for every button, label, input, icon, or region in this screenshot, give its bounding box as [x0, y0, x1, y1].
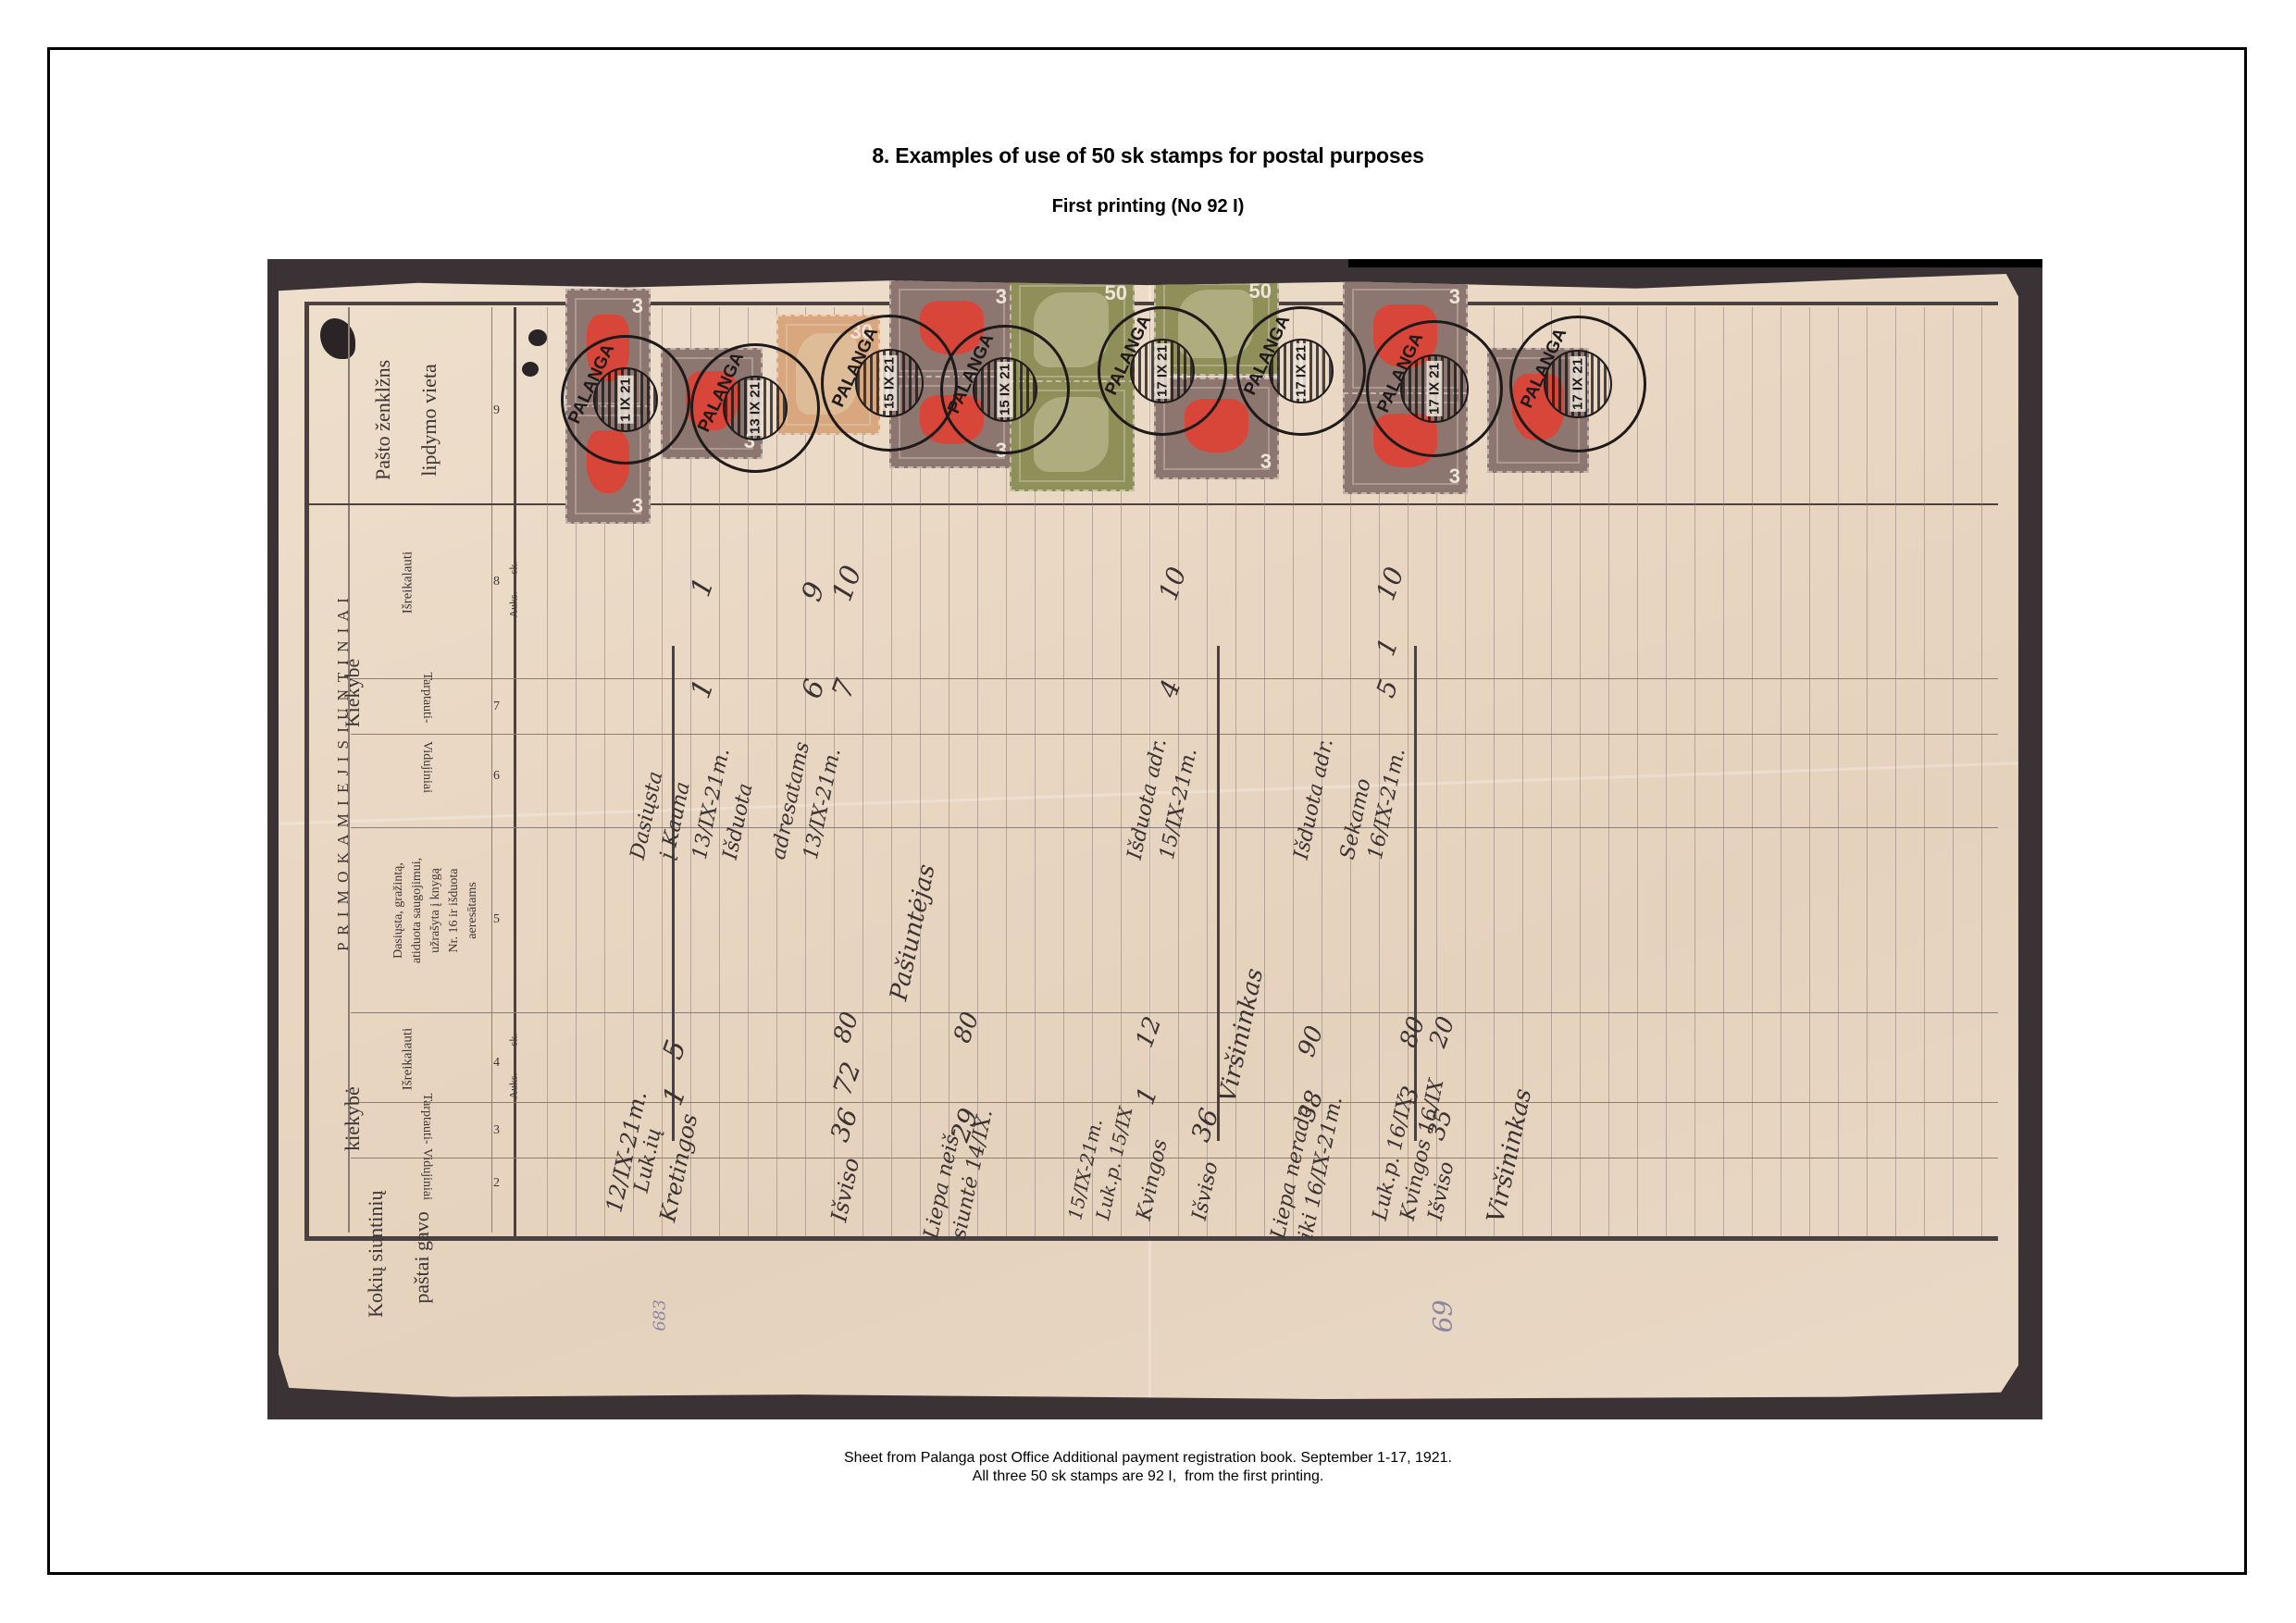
handwritten-entry: Išduota adr.	[1290, 737, 1338, 861]
col8-number: 8	[493, 575, 500, 589]
postmark-palanga: PALANGA17 IX 21	[1366, 320, 1503, 457]
handwritten-number: 90	[1293, 1022, 1330, 1060]
paper-sheet: P R I M O K A M I E J I S I U N T I N I …	[279, 274, 2018, 1399]
column-divider	[351, 734, 1998, 735]
ledger-row-line	[1293, 307, 1294, 1236]
col5-label-1: Dasiųsta, gražintą,	[391, 850, 406, 971]
margin-note: 69	[1427, 1300, 1458, 1333]
col4-sk: sk.	[506, 1034, 520, 1047]
ledger-row-line	[1895, 307, 1896, 1236]
ledger-row-line	[1981, 307, 1982, 1236]
col1-label-1: Kokių siuntinių	[364, 1197, 388, 1318]
handwritten-number: 36	[824, 1104, 863, 1146]
handwritten-number: 1	[1129, 1083, 1163, 1109]
postmark-palanga: PALANGA17 IX 21	[1236, 306, 1366, 436]
column-divider	[309, 503, 1998, 505]
ledger-row-line	[1838, 307, 1839, 1236]
total-rule	[672, 646, 675, 1141]
handwritten-signature: Pašiuntėjas	[885, 861, 940, 1003]
ledger-row-line	[1694, 307, 1695, 1236]
total-rule	[1414, 646, 1417, 1141]
total-rule	[1217, 646, 1220, 1141]
col5-label-5: aeresātams	[465, 850, 480, 971]
col9-label-1: Pašto ženklžns	[371, 360, 395, 480]
table-border-left	[304, 302, 309, 1241]
group-label-right: Kiekybė	[341, 651, 365, 735]
registration-sheet-scan: P R I M O K A M I E J I S I U N T I N I …	[267, 259, 2042, 1419]
column-divider	[351, 1012, 1998, 1013]
page-subtitle: First printing (No 92 I)	[0, 196, 2296, 217]
col5-label-3: užrašyta į knygą	[428, 850, 443, 971]
table-border-top	[304, 302, 1998, 305]
col3-number: 3	[493, 1123, 500, 1138]
postmark-palanga: PALANGA17 IX 21	[1098, 306, 1227, 436]
col5-number: 5	[493, 912, 500, 927]
handwritten-number: 20	[1424, 1013, 1461, 1051]
col4-label: Išreikalauti	[401, 1009, 416, 1110]
margin-note: 683	[651, 1299, 670, 1331]
scan-edge-band	[1348, 259, 2042, 267]
col9-number: 9	[493, 403, 500, 418]
handwritten-number: 10	[1152, 563, 1192, 604]
number-row-rule	[491, 307, 492, 1233]
handwritten-entry: Kvingos	[1133, 1137, 1173, 1222]
page-title: 8. Examples of use of 50 sk stamps for p…	[0, 143, 2296, 168]
col8-label: Išreikalauti	[401, 532, 416, 634]
paper-hole	[522, 362, 539, 377]
handwritten-number: 12	[1131, 1013, 1168, 1051]
col4-number: 4	[493, 1056, 500, 1071]
ledger-row-line	[1637, 307, 1638, 1236]
col7-label: Tarptauti-	[419, 661, 434, 735]
col9-label-2: lipdymo vieta	[417, 360, 441, 480]
handwritten-signature: Viršininkas	[1213, 966, 1269, 1105]
ledger-row-line	[1666, 307, 1667, 1236]
column-divider	[351, 678, 1998, 679]
handwritten-number: 10	[1370, 563, 1409, 604]
ledger-row-line	[1752, 307, 1753, 1236]
paper-hole	[528, 329, 547, 346]
handwritten-entry: Išviso	[1188, 1159, 1223, 1222]
paper-hole	[320, 318, 355, 359]
ledger-row-line	[1781, 307, 1781, 1236]
handwritten-signature: Viršininkas	[1482, 1086, 1537, 1225]
col6-number: 6	[493, 769, 500, 784]
group-label-left: kiekybė	[341, 1077, 365, 1160]
handwritten-number: 4	[1152, 675, 1186, 701]
col5-label-4: Nr. 16 ir išduota	[447, 850, 462, 971]
postmark-palanga: PALANGA13 IX 21	[690, 343, 820, 473]
col7-number: 7	[493, 700, 500, 714]
column-divider	[351, 1158, 1998, 1158]
col4-auks: Auks.	[507, 1072, 521, 1098]
ledger-row-line	[1867, 307, 1868, 1236]
postmark-palanga: PALANGA17 IX 21	[1509, 316, 1646, 452]
ledger-row-line	[1953, 307, 1954, 1236]
handwritten-number: 80	[1395, 1013, 1432, 1051]
handwritten-entry: Išviso	[825, 1156, 864, 1224]
ledger-row-line	[1723, 307, 1724, 1236]
col8-auks: Auks.	[507, 591, 521, 617]
ledger-row-line	[1924, 307, 1925, 1236]
caption-line-2: All three 50 sk stamps are 92 I, from th…	[0, 1468, 2296, 1486]
col6-label: Vidujiniai	[419, 730, 434, 804]
col8-sk: sk.	[506, 562, 520, 575]
table-border-bottom	[304, 1236, 1998, 1241]
handwritten-number: 80	[949, 1009, 986, 1047]
ledger-row-line	[1809, 307, 1810, 1236]
col5-label-2: atiduota saugojimui,	[410, 850, 425, 971]
postmark-palanga: PALANGA15 IX 21	[940, 325, 1070, 454]
col2-number: 2	[493, 1176, 500, 1191]
postmark-palanga: PALANGA1 IX 21	[561, 335, 690, 465]
handwritten-number: 7	[826, 675, 863, 703]
column-divider	[351, 1102, 1998, 1103]
handwritten-number: 1	[1370, 634, 1404, 660]
handwritten-number: 5	[1370, 675, 1404, 701]
ledger-row-line	[547, 307, 548, 1236]
form-title: P R I M O K A M I E J I S I U N T I N I …	[334, 588, 353, 959]
col1-label-2: paštai gavo	[410, 1197, 434, 1318]
ledger-row-line	[1608, 307, 1609, 1236]
postmark-palanga: PALANGA15 IX 21	[821, 315, 958, 452]
handwritten-number: 72	[826, 1058, 866, 1099]
caption-line-1: Sheet from Palanga post Office Additiona…	[0, 1449, 2296, 1468]
figure-caption: Sheet from Palanga post Office Additiona…	[0, 1449, 2296, 1486]
